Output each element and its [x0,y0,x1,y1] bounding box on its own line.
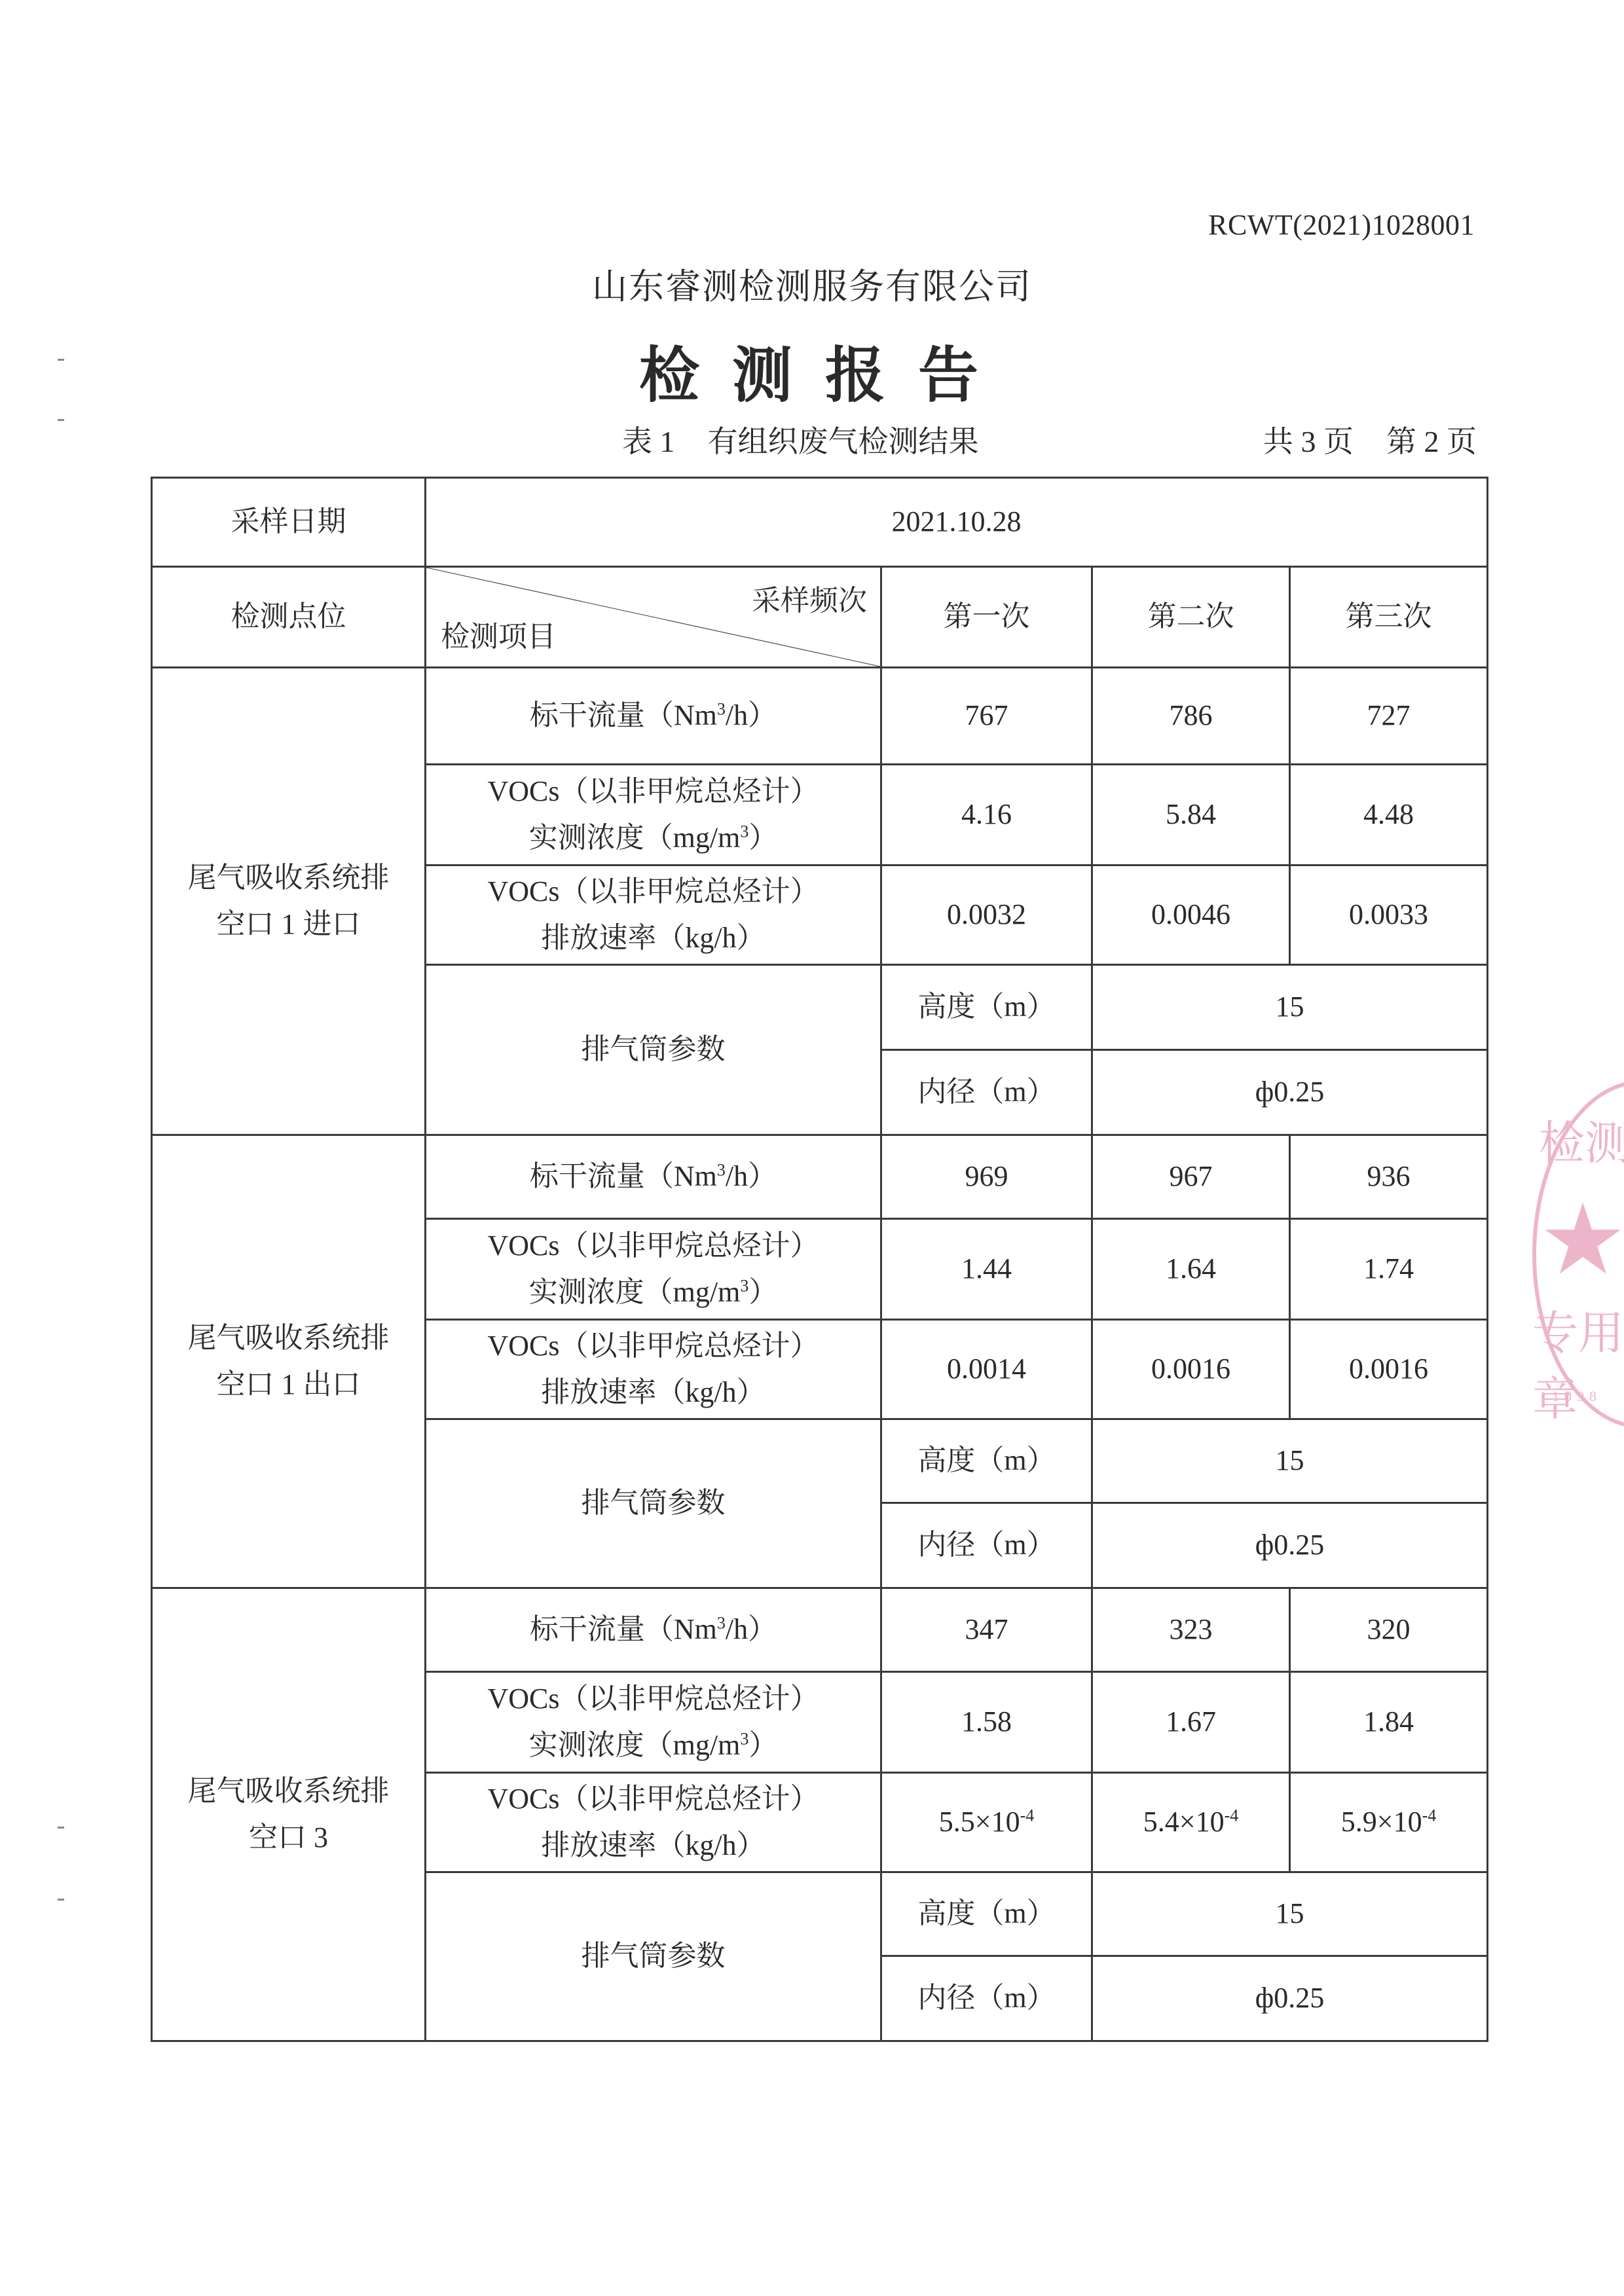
frequency-header: 采样频次 [752,578,867,624]
table-number: 表 1 [622,425,675,458]
value-cell: 0.0016 [1092,1320,1290,1419]
seal-text-bottom: 专用章 [1532,1296,1624,1429]
official-seal: 检测 ★ 专用章 1098 [1532,1080,1624,1421]
table-caption-row: 表 1有组织废气检测结果 共 3 页第 2 页 [151,418,1477,464]
item-header: 检测项目 [441,614,556,660]
location-cell: 尾气吸收系统排空口 3 [152,1588,426,2041]
value-cell: 1.84 [1290,1672,1488,1773]
value-cell: 4.16 [881,765,1092,866]
value-cell: 5.84 [1092,765,1290,866]
param-diameter-value: ф0.25 [1092,1503,1488,1588]
table-row: 尾气吸收系统排空口 1 进口 标干流量（Nm3/h） 767 786 727 [152,668,1488,765]
company-name: 山东睿测检测服务有限公司 [0,259,1624,309]
location-line-2: 空口 1 出口 [217,1368,361,1400]
value-cell: 969 [881,1135,1092,1219]
location-line-1: 尾气吸收系统排 [188,1322,390,1354]
diagonal-header-cell: 采样频次 检测项目 [426,567,881,668]
param-height-label: 高度（m） [881,1872,1092,1956]
value-cell: 936 [1290,1135,1488,1219]
table-row: 尾气吸收系统排空口 1 出口 标干流量（Nm3/h） 969 967 936 [152,1135,1488,1219]
value-cell: 786 [1092,668,1290,765]
value-cell: 1.74 [1290,1219,1488,1320]
table-row: 尾气吸收系统排空口 3 标干流量（Nm3/h） 347 323 320 [152,1588,1488,1672]
param-diameter-value: ф0.25 [1092,1050,1488,1135]
table-title: 有组织废气检测结果 [708,425,979,458]
location-line-2: 空口 3 [249,1821,328,1853]
run-2-header: 第二次 [1092,567,1290,668]
value-cell: 320 [1290,1588,1488,1672]
value-cell: 347 [881,1588,1092,1672]
header-row: 检测点位 采样频次 检测项目 第一次 第二次 第三次 [152,567,1488,668]
value-cell: 4.48 [1290,765,1488,866]
item-concentration: VOCs（以非甲烷总烃计）实测浓度（mg/m3） [426,765,881,866]
param-height-value: 15 [1092,1872,1488,1956]
value-cell: 1.44 [881,1219,1092,1320]
page-current: 第 2 页 [1386,425,1477,458]
document-title: 检测报告 [0,327,1624,414]
param-height-value: 15 [1092,965,1488,1050]
value-cell: 0.0016 [1290,1320,1488,1419]
results-table: 采样日期 2021.10.28 检测点位 采样频次 检测项目 第一次 第二次 第… [151,477,1488,2042]
param-height-label: 高度（m） [881,965,1092,1050]
item-rate: VOCs（以非甲烷总烃计）排放速率（kg/h） [426,1773,881,1872]
seal-text-top: 检测 [1539,1106,1624,1173]
location-line-1: 尾气吸收系统排 [188,1775,390,1807]
param-height-value: 15 [1092,1419,1488,1503]
value-cell: 5.4×10-4 [1092,1773,1290,1872]
item-stack-params: 排气筒参数 [426,965,881,1135]
report-number: RCWT(2021)1028001 [1208,208,1475,242]
value-cell: 0.0032 [881,866,1092,965]
item-concentration: VOCs（以非甲烷总烃计）实测浓度（mg/m3） [426,1219,881,1320]
item-stack-params: 排气筒参数 [426,1419,881,1588]
seal-number: 1098 [1552,1388,1602,1405]
item-flow: 标干流量（Nm3/h） [426,668,881,765]
item-rate: VOCs（以非甲烷总烃计）排放速率（kg/h） [426,1320,881,1419]
location-line-2: 空口 1 进口 [217,908,361,940]
item-flow: 标干流量（Nm3/h） [426,1135,881,1219]
star-icon: ★ [1539,1192,1624,1290]
location-cell: 尾气吸收系统排空口 1 进口 [152,668,426,1135]
scan-artifact [58,419,64,421]
location-header: 检测点位 [152,567,426,668]
value-cell: 1.64 [1092,1219,1290,1320]
value-cell: 5.9×10-4 [1290,1773,1488,1872]
value-cell: 727 [1290,668,1488,765]
item-flow: 标干流量（Nm3/h） [426,1588,881,1672]
value-cell: 767 [881,668,1092,765]
run-3-header: 第三次 [1290,567,1488,668]
sampling-date-value: 2021.10.28 [426,478,1488,567]
param-diameter-label: 内径（m） [881,1956,1092,2041]
param-height-label: 高度（m） [881,1419,1092,1503]
run-1-header: 第一次 [881,567,1092,668]
page-info: 共 3 页第 2 页 [1263,418,1477,461]
value-cell: 1.58 [881,1672,1092,1773]
value-cell: 0.0014 [881,1320,1092,1419]
page-total: 共 3 页 [1263,425,1354,458]
value-cell: 1.67 [1092,1672,1290,1773]
item-rate: VOCs（以非甲烷总烃计）排放速率（kg/h） [426,866,881,965]
value-cell: 5.5×10-4 [881,1773,1092,1872]
sampling-date-label: 采样日期 [152,478,426,567]
param-diameter-label: 内径（m） [881,1503,1092,1588]
item-concentration: VOCs（以非甲烷总烃计）实测浓度（mg/m3） [426,1672,881,1773]
value-cell: 323 [1092,1588,1290,1672]
table-caption: 表 1有组织废气检测结果 [622,418,979,461]
param-diameter-label: 内径（m） [881,1050,1092,1135]
sampling-date-row: 采样日期 2021.10.28 [152,478,1488,567]
item-stack-params: 排气筒参数 [426,1872,881,2041]
location-cell: 尾气吸收系统排空口 1 出口 [152,1135,426,1588]
param-diameter-value: ф0.25 [1092,1956,1488,2041]
scan-artifact [58,1899,64,1901]
value-cell: 0.0033 [1290,866,1488,965]
value-cell: 967 [1092,1135,1290,1219]
location-line-1: 尾气吸收系统排 [188,862,390,894]
value-cell: 0.0046 [1092,866,1290,965]
scan-artifact [58,1827,64,1829]
